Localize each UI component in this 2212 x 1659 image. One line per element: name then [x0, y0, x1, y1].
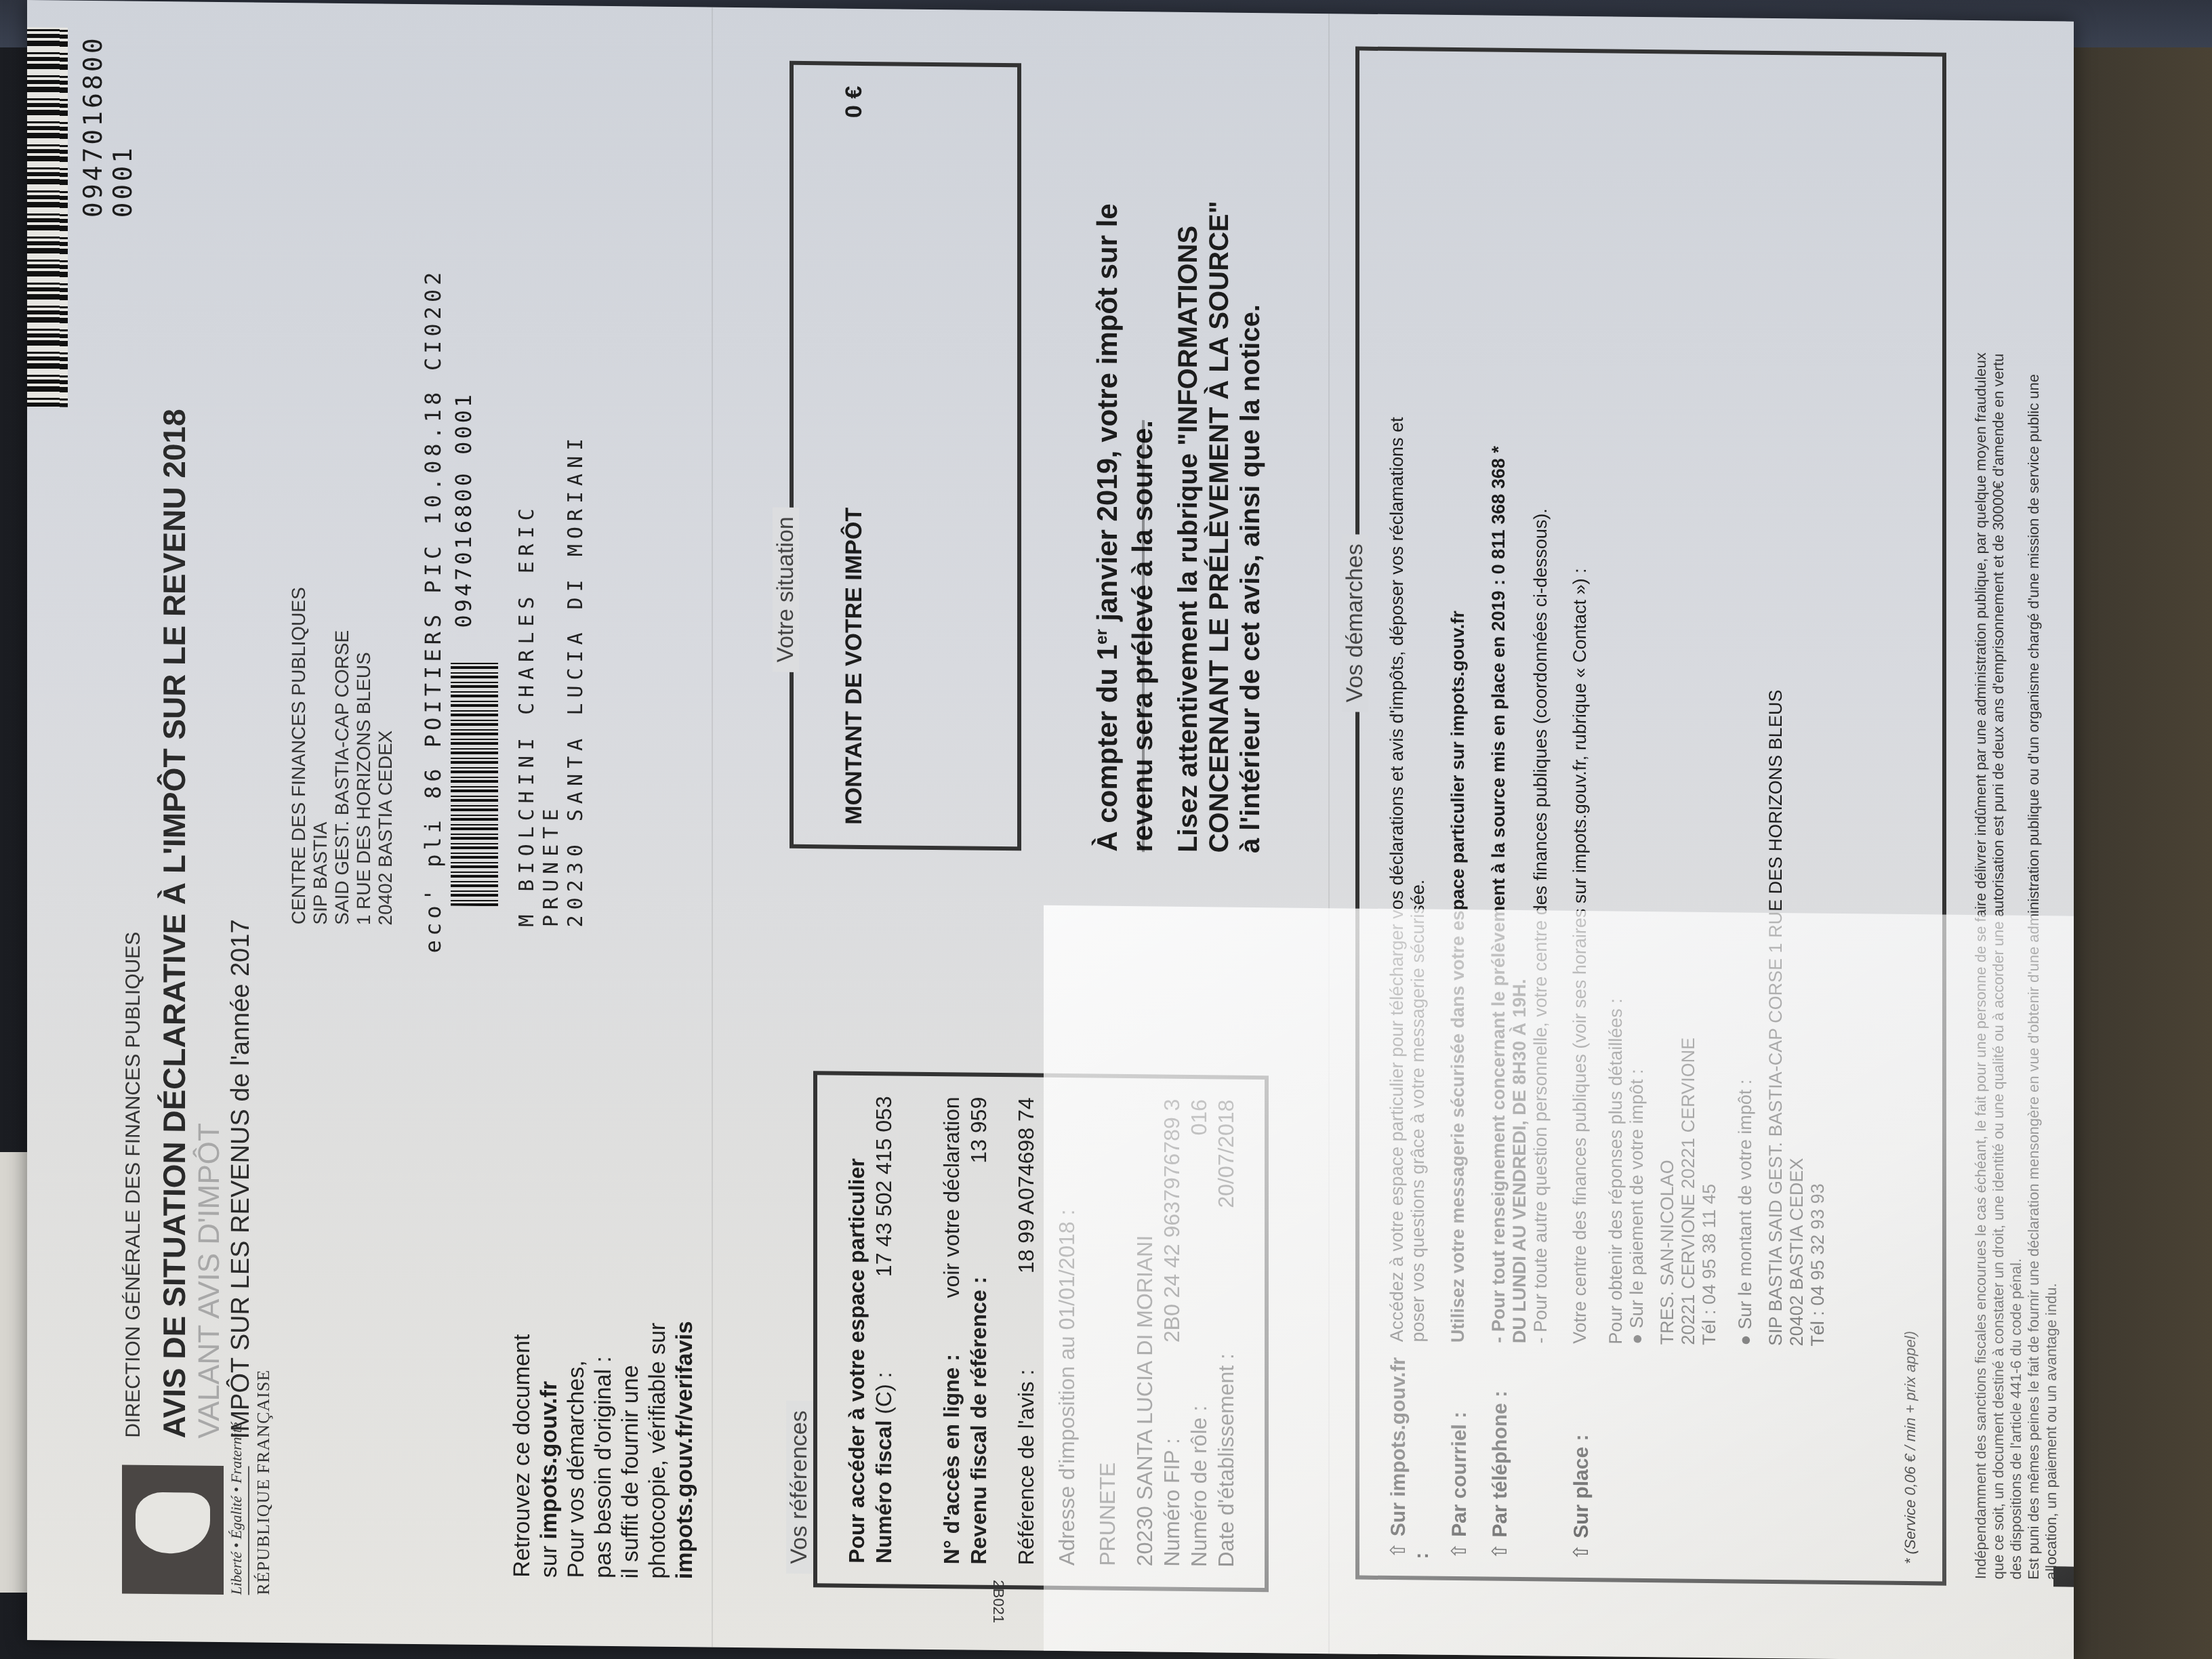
demarche-line: DU LUNDI AU VENDREDI, DE 8H30 À 19H.: [1509, 89, 1530, 1343]
document-subtitle-faded: VALANT AVIS D'IMPÔT: [192, 1123, 226, 1439]
fip-label: Numéro FIP :: [1160, 1438, 1185, 1567]
demarche-line: ● Sur le montant de votre impôt :: [1735, 91, 1756, 1345]
withholding-notice: À compter du 1er janvier 2019, votre imp…: [1084, 72, 1160, 852]
demarche-key-onsite: ⇧Sur place :: [1570, 1357, 1593, 1561]
references-legend: Vos références: [786, 1401, 813, 1574]
demarche-text-phone: - Pour tout renseignement concernant le …: [1488, 89, 1551, 1344]
situation-legend: Votre situation: [773, 507, 799, 672]
role-row: Numéro de rôle : 016: [1187, 1099, 1212, 1567]
fip-value: 2B0 24 42 9637976789 3: [1160, 1099, 1185, 1343]
logo-country: RÉPUBLIQUE FRANÇAISE: [253, 1370, 274, 1595]
adresse-line2: 20230 SANTA LUCIA DI MORIANI: [1132, 1235, 1158, 1567]
info-line: photocopie, vérifiable sur: [644, 1320, 671, 1578]
legal-line: que ce soit, un document destiné à const…: [1990, 34, 2007, 1579]
recipient-line: M BIOLCHINI CHARLES ERIC: [515, 432, 539, 927]
acces-en-ligne-row: N° d'accès en ligne : voir votre déclara…: [939, 1097, 964, 1564]
document-code: 0947016800 0001: [78, 1, 138, 218]
document-subtitle: IMPÔT SUR LES REVENUS de l'année 2017: [226, 919, 255, 1439]
demarche-line: poser vos questions grâce à votre messag…: [1408, 88, 1429, 1342]
adresse-label: Adresse d'imposition au 01/01/2018 :: [1054, 1209, 1080, 1565]
demarche-text-onsite: Votre centre des finances publiques (voi…: [1570, 90, 1828, 1347]
revenu-fiscal-value: 13 959: [966, 1097, 991, 1164]
online-copy-info: Retrouvez ce document sur impots.gouv.fr…: [508, 1319, 698, 1579]
recipient-line: 20230 SANTA LUCIA DI MORIANI: [564, 433, 588, 928]
postal-barcode-icon: [451, 662, 498, 907]
demarche-key-web: ⇧Sur impots.gouv.fr :: [1387, 1355, 1433, 1559]
paper-sheet: 0947016800 0001 Liberté • Égalité • Frat…: [27, 0, 2074, 1659]
sender-line: 20402 BASTIA CEDEX: [375, 588, 396, 925]
demarche-text-email: Utilisez votre messagerie sécurisée dans…: [1448, 89, 1469, 1343]
demarche-line: Accédez à votre espace particulier pour …: [1387, 88, 1408, 1342]
acces-en-ligne-label: N° d'accès en ligne :: [939, 1354, 964, 1565]
demarche-key-text: Sur impots.gouv.fr :: [1387, 1357, 1433, 1559]
revenu-fiscal-row: Revenu fiscal de référence : 13 959: [966, 1097, 991, 1565]
legal-line: allocation, un paiement ou un avantage i…: [2043, 35, 2060, 1580]
demarche-key-text: Par courriel :: [1448, 1412, 1471, 1537]
adresse-line: PRUNETE: [1095, 1099, 1120, 1566]
barcode-icon: [27, 27, 68, 407]
tax-notice-page: 0947016800 0001 Liberté • Égalité • Frat…: [27, 0, 2074, 1659]
demarche-key-text: Sur place :: [1570, 1434, 1593, 1538]
revenu-fiscal-label: Revenu fiscal de référence :: [966, 1276, 991, 1564]
marianne-logo-icon: [122, 1465, 224, 1595]
reference-avis-row: Référence de l'avis : 18 99 A074698 74: [1014, 1097, 1039, 1565]
access-heading: Pour accéder à votre espace particulier: [844, 1096, 869, 1563]
demarche-line: Utilisez votre messagerie sécurisée dans…: [1448, 89, 1469, 1343]
demarche-line: - Pour toute autre question personnelle,…: [1530, 89, 1551, 1343]
numero-fiscal-suffix: (C) :: [872, 1372, 896, 1420]
notice-line: Lisez attentivement la rubrique "INFORMA…: [1172, 73, 1204, 853]
demarche-key-email: ⇧Par courriel :: [1448, 1356, 1471, 1559]
impots-link[interactable]: impots.gouv.fr: [536, 1381, 562, 1540]
demarches-legend: Vos démarches: [1342, 534, 1368, 712]
date-label: Date d'établissement :: [1214, 1353, 1239, 1568]
acces-en-ligne-value: voir votre déclaration: [939, 1097, 964, 1298]
postal-routing: eco' pli 86 POITIERS PIC 10.08.18 CI0202: [420, 268, 446, 953]
read-carefully-notice: Lisez attentivement la rubrique "INFORMA…: [1172, 73, 1266, 853]
demarche-line: 20402 BASTIA CEDEX: [1786, 92, 1807, 1346]
demarche-line: Tél : 04 95 38 11 45: [1699, 91, 1720, 1345]
situation-box: MONTANT DE VOTRE IMPÔT 0 €: [790, 61, 1021, 851]
reference-avis-label: Référence de l'avis :: [1014, 1369, 1039, 1565]
demarche-key-phone: ⇧Par téléphone :: [1488, 1357, 1512, 1560]
legal-line: Est puni des mêmes peines le fait de fou…: [2025, 35, 2043, 1580]
date-row: Date d'établissement : 20/07/2018: [1214, 1099, 1239, 1567]
demarche-line: TRES. SAN-NICOLAO: [1657, 91, 1678, 1345]
notice-text: revenu sera prélevé à la source.: [1126, 420, 1158, 853]
arrow-up-icon: ⇧: [1448, 1542, 1471, 1559]
date-value: 20/07/2018: [1214, 1099, 1239, 1208]
adresse-line: 20230 SANTA LUCIA DI MORIANI: [1132, 1099, 1158, 1566]
sender-address: CENTRE DES FINANCES PUBLIQUES SIP BASTIA…: [288, 587, 396, 926]
montant-value: 0 €: [841, 86, 867, 119]
demarche-line: Pour obtenir des réponses plus détaillée…: [1605, 90, 1626, 1344]
notice-line: à l'intérieur de cet avis, ainsi que la …: [1235, 74, 1266, 853]
corner-mark-icon: [2053, 1566, 2074, 1586]
sender-line: 1 RUE DES HORIZONS BLEUS: [353, 588, 375, 925]
logo-divider: [248, 1466, 249, 1595]
role-value: 016: [1187, 1099, 1212, 1136]
info-line: il suffit de fournir une: [617, 1320, 644, 1578]
demarche-line: Tél : 04 95 32 93 93: [1807, 93, 1828, 1347]
sender-line: SIP BASTIA: [310, 587, 331, 924]
sender-line: CENTRE DES FINANCES PUBLIQUES: [288, 587, 310, 924]
demarche-line: ● Sur le paiement de votre impôt :: [1626, 91, 1647, 1345]
legal-notice: Indépendamment des sanctions fiscales en…: [1972, 34, 2060, 1580]
demarche-line: 20221 CERVIONE 20221 CERVIONE: [1678, 91, 1699, 1345]
agency-name: DIRECTION GÉNÉRALE DES FINANCES PUBLIQUE…: [122, 932, 145, 1438]
references-box: Pour accéder à votre espace particulier …: [813, 1071, 1269, 1592]
arrow-up-icon: ⇧: [1489, 1542, 1511, 1559]
notice-sup: er: [1092, 629, 1111, 644]
notice-text: À compter du 1: [1091, 644, 1123, 852]
reference-avis-value: 18 99 A074698 74: [1014, 1097, 1039, 1273]
notice-line: CONCERNANT LE PRÉLÈVEMENT À LA SOURCE": [1204, 73, 1235, 853]
numero-fiscal-label: Numéro fiscal: [872, 1420, 896, 1563]
arrow-up-icon: ⇧: [1387, 1542, 1410, 1559]
demarches-box: ⇧Sur impots.gouv.fr : Accédez à votre es…: [1355, 47, 1946, 1586]
paper-fold: [1328, 14, 1330, 1654]
info-line: pas besoin d'original :: [590, 1320, 617, 1578]
numero-fiscal-row: Numéro fiscal (C) : 17 43 502 415 053: [872, 1096, 897, 1563]
demarche-line: SIP BASTIA SAID GEST. BASTIA-CAP CORSE 1…: [1765, 92, 1786, 1346]
info-line: Pour vos démarches,: [562, 1319, 590, 1578]
notice-text: janvier 2019, votre impôt sur le: [1091, 203, 1123, 629]
adresse-row: Adresse d'imposition au 01/01/2018 :: [1054, 1098, 1080, 1565]
postal-reference: 0947016800 0001: [451, 392, 476, 628]
recipient-address: M BIOLCHINI CHARLES ERIC PRUNETE 20230 S…: [515, 432, 588, 928]
demarche-text-web: Accédez à votre espace particulier pour …: [1387, 88, 1429, 1343]
fip-row: Numéro FIP : 2B0 24 42 9637976789 3: [1160, 1099, 1185, 1566]
arrow-up-icon: ⇧: [1570, 1544, 1593, 1561]
demarche-line: Votre centre des finances publiques (voi…: [1570, 90, 1591, 1344]
recipient-line: PRUNETE: [539, 432, 564, 927]
numero-fiscal-value: 17 43 502 415 053: [872, 1096, 897, 1277]
info-line: Retrouvez ce document: [508, 1319, 535, 1577]
access-heading-text: Pour accéder à votre espace particulier: [844, 1158, 869, 1563]
info-text: sur: [536, 1539, 562, 1578]
logo-motto: Liberté • Égalité • Fraternité: [228, 1422, 245, 1595]
demarche-line: - Pour tout renseignement concernant le …: [1488, 89, 1509, 1343]
legal-line: Indépendamment des sanctions fiscales en…: [1972, 34, 1990, 1579]
demarche-key-text: Par téléphone :: [1489, 1391, 1511, 1538]
montant-label: MONTANT DE VOTRE IMPÔT: [841, 508, 867, 825]
role-label: Numéro de rôle :: [1187, 1406, 1212, 1568]
service-footnote: * (Service 0,06 € / min + prix appel): [1902, 1331, 1919, 1564]
legal-line: des dispositions de l'article 441-6 du c…: [2007, 35, 2025, 1580]
verifavis-link[interactable]: impots.gouv.fr/verifavis: [672, 1321, 697, 1579]
paper-fold: [712, 7, 713, 1647]
sender-line: SAID GEST. BASTIA-CAP CORSE: [331, 588, 353, 925]
info-line: sur impots.gouv.fr: [535, 1319, 562, 1578]
document-title: AVIS DE SITUATION DÉCLARATIVE À L'IMPÔT …: [156, 409, 192, 1438]
adresse-line1: PRUNETE: [1095, 1462, 1120, 1566]
